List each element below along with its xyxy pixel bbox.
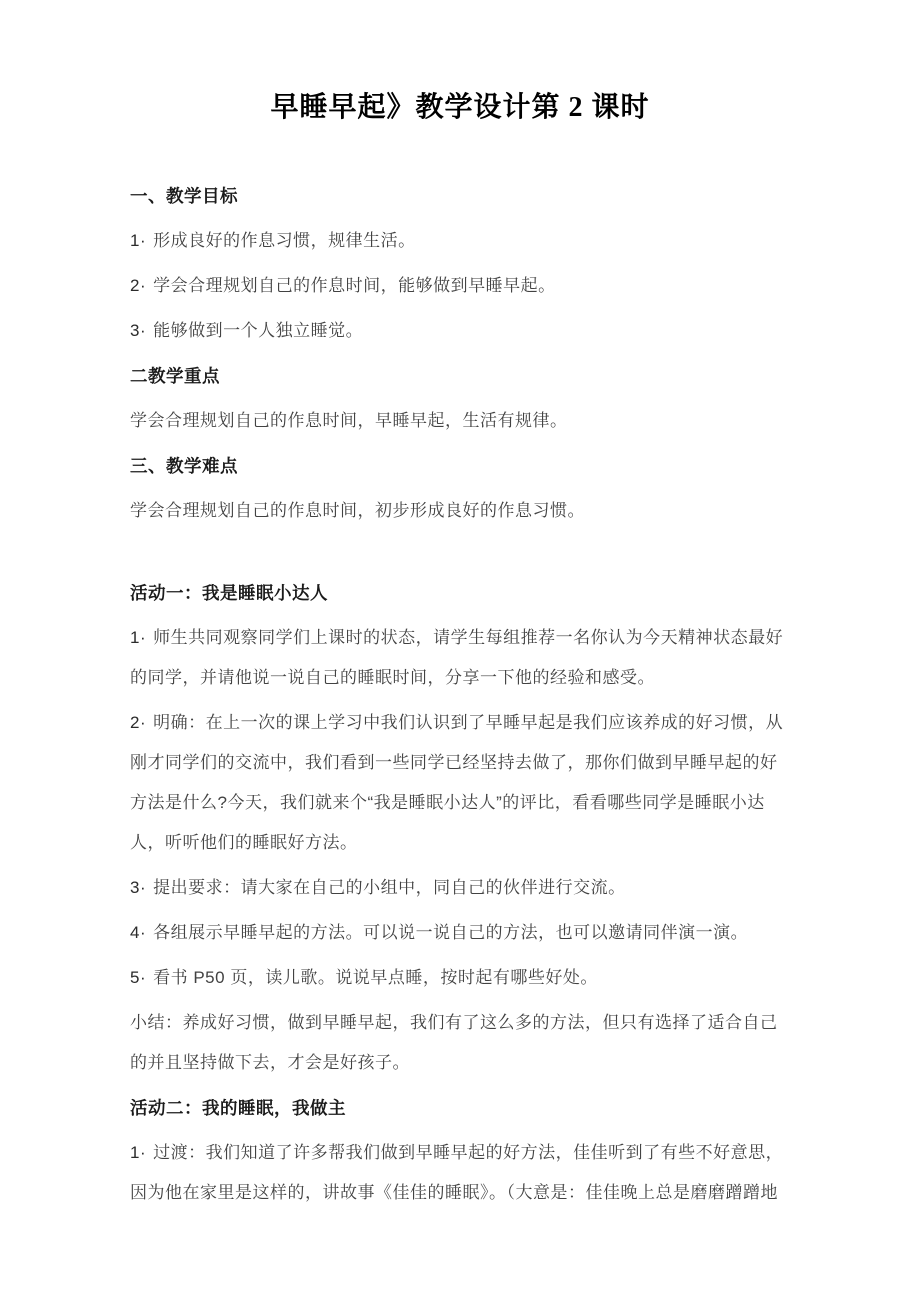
objective-item-2: 2·学会合理规划自己的作息时间，能够做到早睡早起。 xyxy=(130,266,790,306)
item-marker: 5· xyxy=(130,968,146,987)
item-text: 提出要求：请大家在自己的小组中，同自己的伙伴进行交流。 xyxy=(153,878,626,897)
item-marker: 2· xyxy=(130,276,146,295)
heading-teaching-focus: 二教学重点 xyxy=(130,356,790,396)
item-text: 学会合理规划自己的作息时间，能够做到早睡早起。 xyxy=(153,276,556,295)
activity1-summary-paragraph: 小结：养成好习惯，做到早睡早起，我们有了这么多的方法，但只有选择了适合自己的并且… xyxy=(130,1003,790,1083)
heading-activity-2: 活动二：我的睡眠，我做主 xyxy=(130,1088,790,1128)
item-text: 各组展示早睡早起的方法。可以说一说自己的方法，也可以邀请同伴演一演。 xyxy=(153,923,748,942)
activity1-step-2: 2·明确：在上一次的课上学习中我们认识到了早睡早起是我们应该养成的好习惯，从刚才… xyxy=(130,703,790,863)
item-text: 能够做到一个人独立睡觉。 xyxy=(153,321,363,340)
item-marker: 1· xyxy=(130,231,146,250)
item-marker: 3· xyxy=(130,321,146,340)
item-marker: 4· xyxy=(130,923,146,942)
item-text: 明确：在上一次的课上学习中我们认识到了早睡早起是我们应该养成的好习惯，从刚才同学… xyxy=(130,713,783,852)
teaching-difficulty-paragraph: 学会合理规划自己的作息时间，初步形成良好的作息习惯。 xyxy=(130,491,790,531)
document-page: 早睡早起》教学设计第 2 课时 一、教学目标 1·形成良好的作息习惯，规律生活。… xyxy=(0,0,920,1302)
item-text: 看书 P50 页，读儿歌。说说早点睡，按时起有哪些好处。 xyxy=(153,968,598,987)
item-text: 过渡：我们知道了许多帮我们做到早睡早起的好方法，佳佳听到了有些不好意思，因为他在… xyxy=(130,1143,783,1202)
heading-teaching-difficulty: 三、教学难点 xyxy=(130,446,790,486)
objective-item-3: 3·能够做到一个人独立睡觉。 xyxy=(130,311,790,351)
item-marker: 1· xyxy=(130,628,146,647)
heading-teaching-objectives: 一、教学目标 xyxy=(130,176,790,216)
item-text: 形成良好的作息习惯，规律生活。 xyxy=(153,231,416,250)
item-text: 师生共同观察同学们上课时的状态，请学生每组推荐一名你认为今天精神状态最好的同学，… xyxy=(130,628,783,687)
item-marker: 1· xyxy=(130,1143,146,1162)
activity1-step-3: 3·提出要求：请大家在自己的小组中，同自己的伙伴进行交流。 xyxy=(130,868,790,908)
item-marker: 2· xyxy=(130,713,146,732)
objective-item-1: 1·形成良好的作息习惯，规律生活。 xyxy=(130,221,790,261)
document-title: 早睡早起》教学设计第 2 课时 xyxy=(130,86,790,130)
activity1-step-1: 1·师生共同观察同学们上课时的状态，请学生每组推荐一名你认为今天精神状态最好的同… xyxy=(130,618,790,698)
activity2-step-1: 1·过渡：我们知道了许多帮我们做到早睡早起的好方法，佳佳听到了有些不好意思，因为… xyxy=(130,1133,790,1213)
teaching-focus-paragraph: 学会合理规划自己的作息时间，早睡早起，生活有规律。 xyxy=(130,401,790,441)
item-marker: 3· xyxy=(130,878,146,897)
activity1-step-4: 4·各组展示早睡早起的方法。可以说一说自己的方法，也可以邀请同伴演一演。 xyxy=(130,913,790,953)
activity1-step-5: 5·看书 P50 页，读儿歌。说说早点睡，按时起有哪些好处。 xyxy=(130,958,790,998)
heading-activity-1: 活动一：我是睡眠小达人 xyxy=(130,573,790,613)
